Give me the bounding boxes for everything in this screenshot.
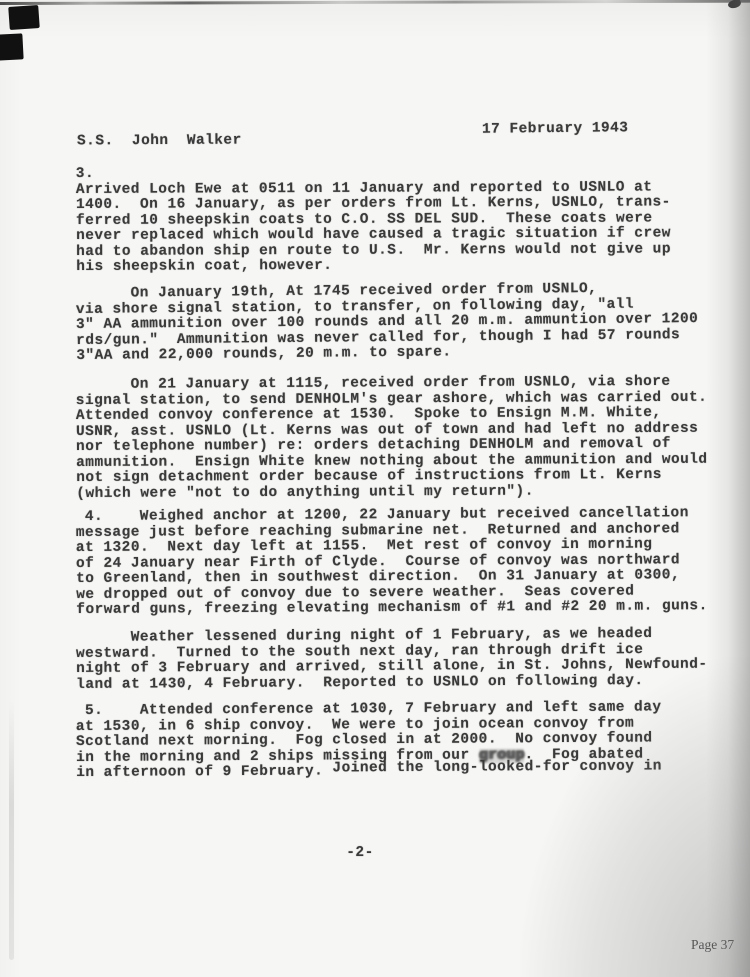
- scan-blob-artifact: [727, 0, 742, 10]
- paragraph-4: 4. Weighed anchor at 1200, 22 January bu…: [76, 506, 708, 618]
- scan-shadow-right: [706, 0, 750, 977]
- text-segment: Joined the long-looked-for convoy in: [332, 759, 662, 777]
- typewritten-line: had to abandon ship en route to U.S. Mr.…: [76, 242, 671, 260]
- paragraph-weather: Weather lessened during night of 1 Febru…: [76, 627, 708, 693]
- typewritten-line: his sheepskin coat, however.: [76, 257, 671, 275]
- scan-top-edge-artifact: [0, 0, 750, 5]
- typewritten-line: forward guns, freezing elevating mechani…: [76, 599, 708, 618]
- typewritten-line: in afternoon of 9 February. Joined the l…: [76, 762, 662, 781]
- paragraph-3: 3.Arrived Loch Ewe at 0511 on 11 January…: [76, 164, 671, 275]
- typewritten-line: land at 1430, 4 February. Reported to US…: [76, 673, 708, 693]
- document-date: 17 February 1943: [482, 121, 629, 138]
- corner-page-label: Page 37: [691, 937, 734, 953]
- scan-corner-mark: [0, 33, 24, 60]
- typewritten-line: (which were "not to do anything until my…: [76, 483, 708, 502]
- document-title: S.S. John Walker: [77, 134, 242, 150]
- paragraph-jan21: On 21 January at 1115, received order fr…: [76, 375, 708, 502]
- scan-corner-mark: [8, 5, 40, 30]
- scanned-document-page: S.S. John Walker 17 February 1943 3.Arri…: [0, 0, 750, 977]
- page-number: -2-: [300, 846, 420, 862]
- typewritten-line: 3"AA and 22,000 rounds, 20 m.m. to spare…: [76, 343, 698, 364]
- scan-streak-left: [9, 700, 14, 960]
- paragraph-5: 5. Attended conference at 1030, 7 Februa…: [76, 700, 662, 781]
- paragraph-jan19: On January 19th, At 1745 received order …: [76, 281, 699, 364]
- text-segment: in afternoon of 9 February.: [76, 763, 332, 781]
